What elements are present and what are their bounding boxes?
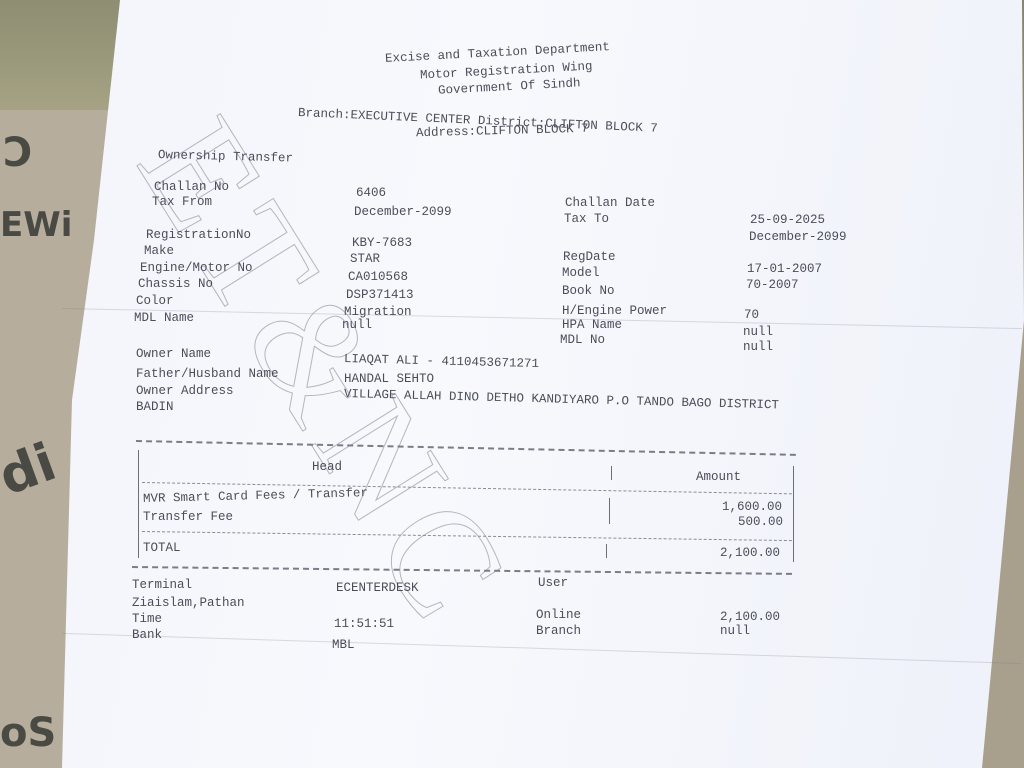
challan-document: ET&NC Excise and Taxation Department Mot… xyxy=(0,0,1024,768)
terminal-value: ECENTERDESK xyxy=(336,581,419,595)
challan-no-label: Challan No xyxy=(154,180,229,194)
color-value: Migration xyxy=(344,305,412,319)
user-value: Ziaislam,Pathan xyxy=(132,596,245,610)
hpa-name-value: null xyxy=(743,325,773,339)
owner-address-continued: BADIN xyxy=(136,400,174,414)
engine-no-label: Engine/Motor No xyxy=(140,261,253,275)
book-no-label: Book No xyxy=(562,284,615,298)
tax-to-label: Tax To xyxy=(564,212,609,226)
mdl-no-value: null xyxy=(743,340,773,354)
column-divider xyxy=(606,544,607,558)
fee-amount: 500.00 xyxy=(738,515,783,529)
mdl-name-label: MDL Name xyxy=(134,311,194,325)
table-border-right xyxy=(793,466,794,562)
user-label: User xyxy=(538,576,568,590)
hpa-name-label: HPA Name xyxy=(562,318,622,332)
bank-value: MBL xyxy=(332,638,355,652)
table-border-left xyxy=(138,450,139,558)
father-name-label: Father/Husband Name xyxy=(136,367,279,381)
mdl-no-label: MDL No xyxy=(560,333,605,347)
mdl-name-value: null xyxy=(342,318,372,332)
challan-date-label: Challan Date xyxy=(565,196,655,210)
color-label: Color xyxy=(136,294,174,308)
time-value: 11:51:51 xyxy=(334,617,394,631)
column-header-head: Head xyxy=(312,460,342,474)
engine-no-value: CA010568 xyxy=(348,270,408,284)
make-value: STAR xyxy=(350,252,380,266)
column-header-amount: Amount xyxy=(696,470,741,484)
engine-power-value: 70 xyxy=(744,308,759,322)
make-label: Make xyxy=(144,244,174,258)
terminal-label: Terminal xyxy=(132,578,192,592)
tax-to-value: December-2099 xyxy=(749,230,847,244)
branch-label: Branch xyxy=(536,624,581,638)
column-divider xyxy=(609,498,610,524)
registration-no-value: KBY-7683 xyxy=(352,236,412,250)
column-divider xyxy=(611,466,612,480)
branch-value: null xyxy=(720,624,750,638)
fee-amount: 1,600.00 xyxy=(722,500,782,514)
father-name-value: HANDAL SEHTO xyxy=(344,372,434,386)
online-label: Online xyxy=(536,608,581,622)
total-label: TOTAL xyxy=(143,541,181,555)
owner-name-label: Owner Name xyxy=(136,347,211,361)
online-value: 2,100.00 xyxy=(720,610,780,624)
bank-label: Bank xyxy=(132,628,162,642)
time-label: Time xyxy=(132,612,162,626)
reg-date-label: RegDate xyxy=(563,250,616,264)
engine-power-label: H/Engine Power xyxy=(562,304,667,318)
total-amount: 2,100.00 xyxy=(720,546,780,560)
challan-date-value: 25-09-2025 xyxy=(750,213,825,227)
challan-no-value: 6406 xyxy=(356,186,386,200)
tax-from-label: Tax From xyxy=(152,195,212,209)
registration-no-label: RegistrationNo xyxy=(146,228,251,242)
owner-address-label: Owner Address xyxy=(136,384,234,398)
tax-from-value: December-2099 xyxy=(354,205,452,219)
fee-head: Transfer Fee xyxy=(143,510,233,524)
chassis-no-label: Chassis No xyxy=(138,277,213,291)
model-value: 70-2007 xyxy=(746,278,799,292)
chassis-no-value: DSP371413 xyxy=(346,288,414,302)
model-label: Model xyxy=(562,266,600,280)
reg-date-value: 17-01-2007 xyxy=(747,262,822,276)
